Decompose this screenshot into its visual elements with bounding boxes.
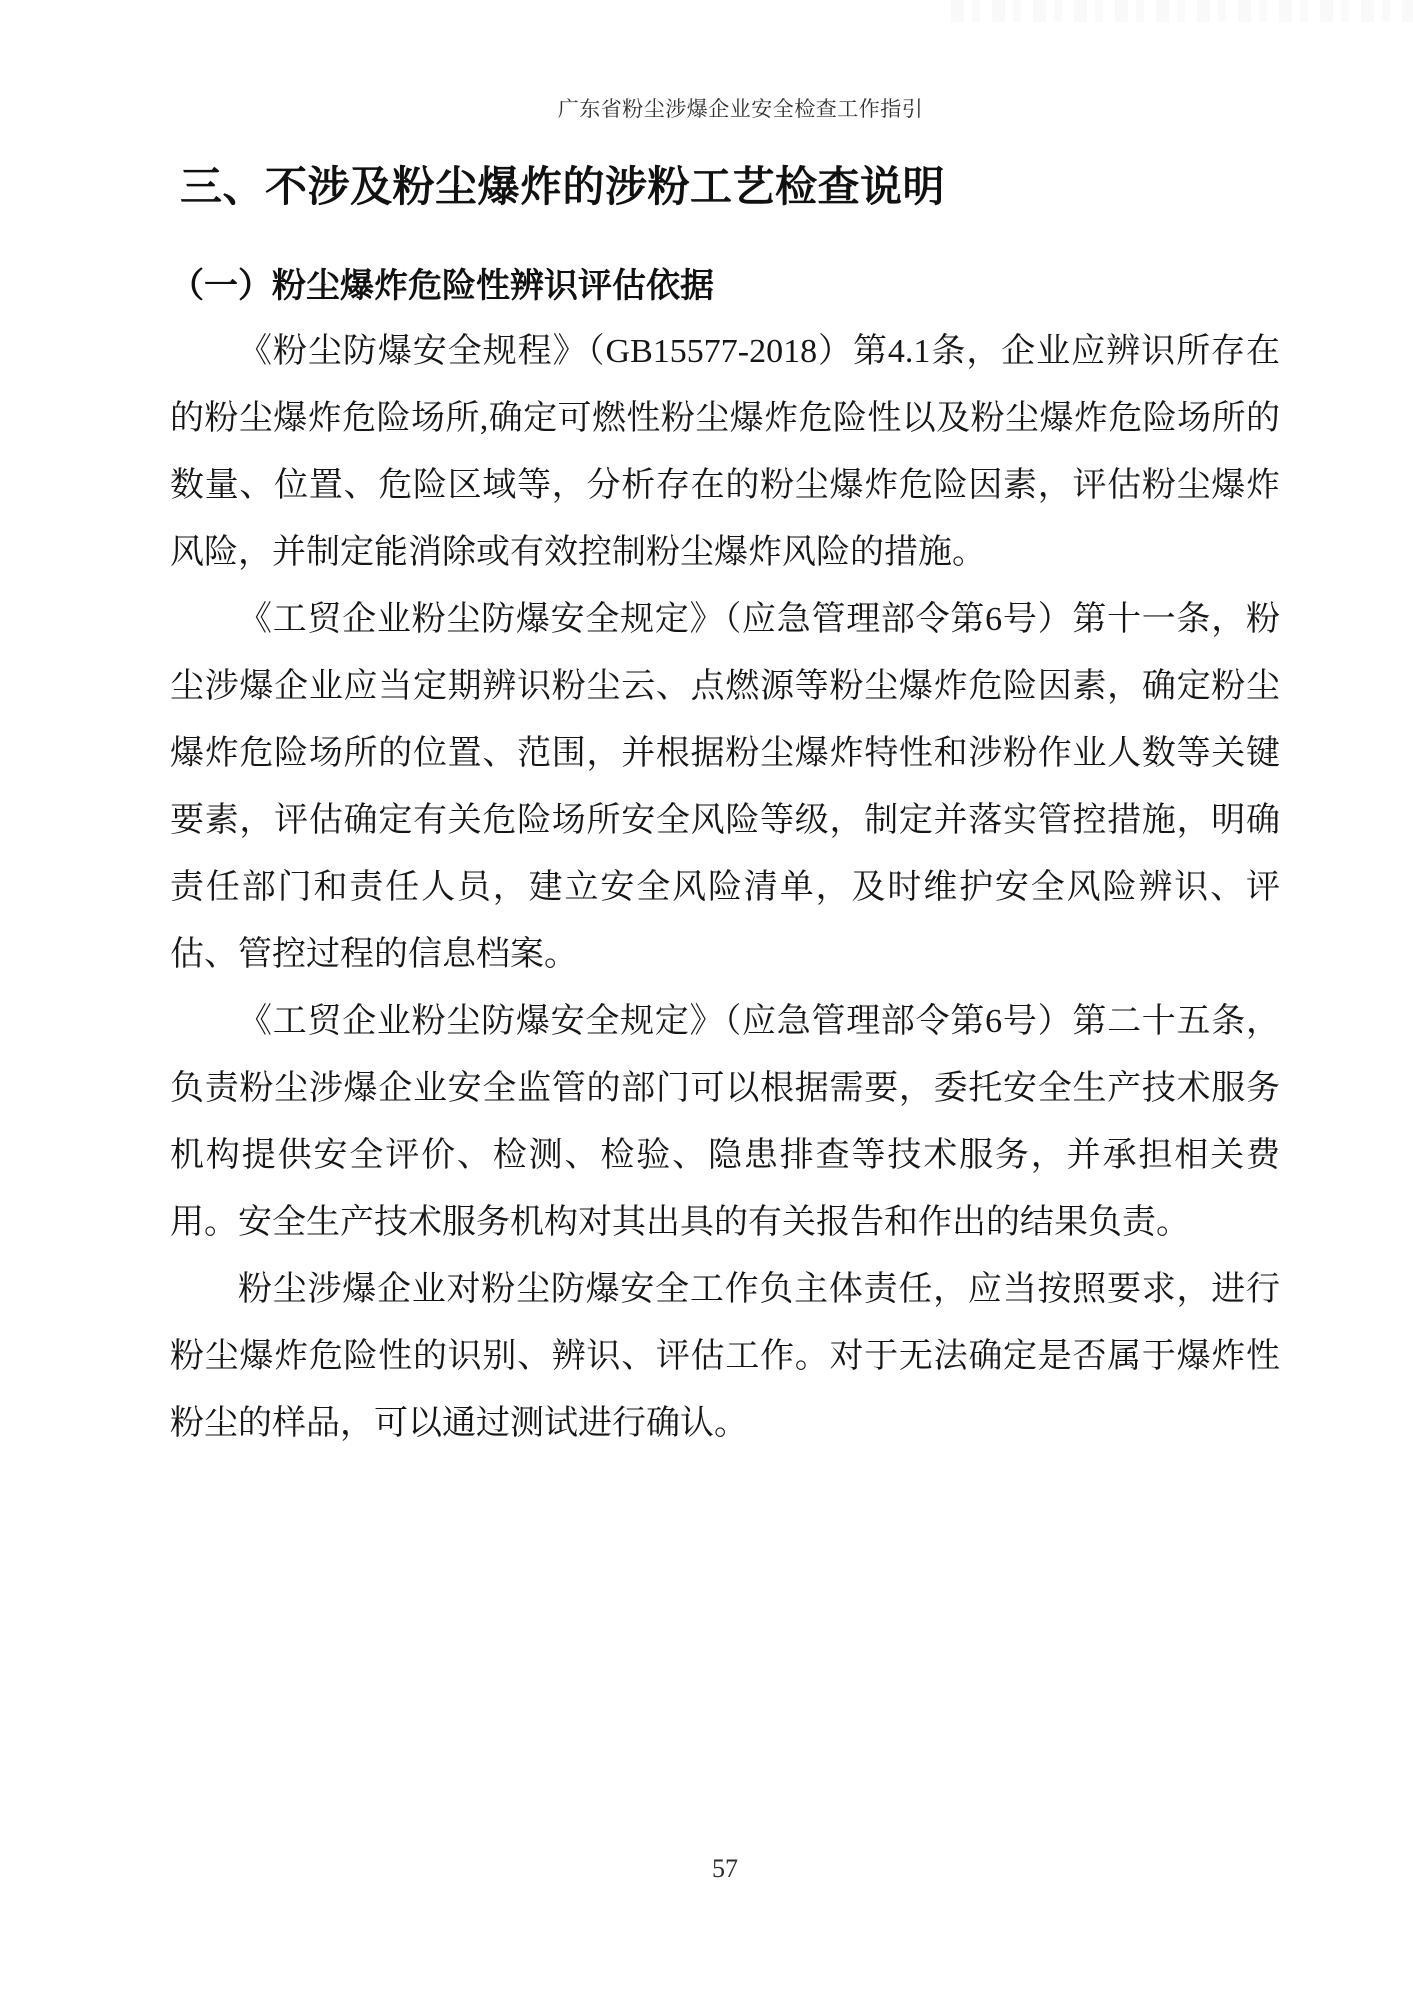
document-page: { "page": { "header": "广东省粉尘涉爆企业安全检查工作指引… [0, 0, 1413, 2000]
document-title: 三、不涉及粉尘爆炸的涉粉工艺检查说明 [180, 162, 1280, 214]
section-heading: （一）粉尘爆炸危险性辨识评估依据 [170, 266, 1280, 308]
scan-artifact [951, 0, 1413, 22]
page-content: 三、不涉及粉尘爆炸的涉粉工艺检查说明 （一）粉尘爆炸危险性辨识评估依据 《粉尘防… [170, 162, 1280, 1457]
paragraph: 《工贸企业粉尘防爆安全规定》（应急管理部令第6号）第十一条，粉尘涉爆企业应当定期… [170, 586, 1280, 988]
running-header: 广东省粉尘涉爆企业安全检查工作指引 [34, 94, 1413, 124]
page-number: 57 [170, 1852, 1280, 1886]
paragraph: 《工贸企业粉尘防爆安全规定》（应急管理部令第6号）第二十五条，负责粉尘涉爆企业安… [170, 988, 1280, 1256]
body-paragraphs: 《粉尘防爆安全规程》（GB15577-2018）第4.1条，企业应辨识所存在的粉… [170, 318, 1280, 1457]
paragraph: 《粉尘防爆安全规程》（GB15577-2018）第4.1条，企业应辨识所存在的粉… [170, 318, 1280, 586]
paragraph: 粉尘涉爆企业对粉尘防爆安全工作负主体责任，应当按照要求，进行粉尘爆炸危险性的识别… [170, 1256, 1280, 1457]
